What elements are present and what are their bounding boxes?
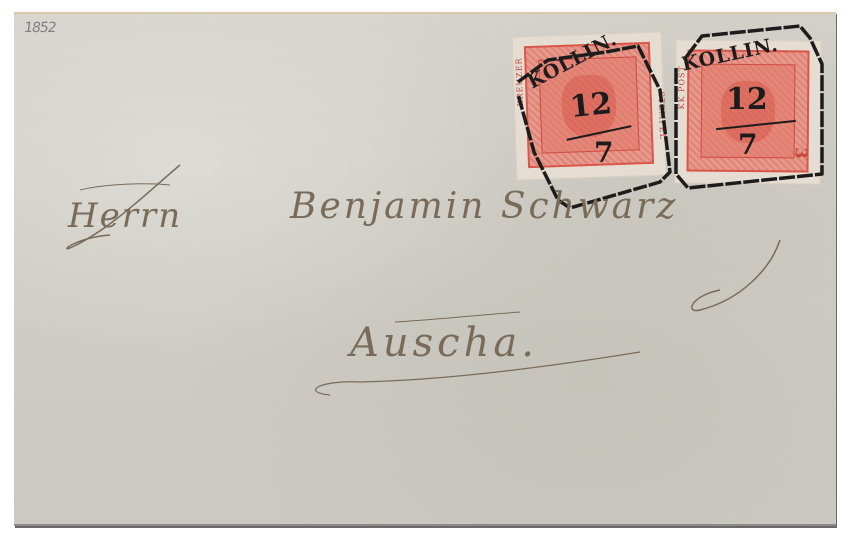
address-recipient: Benjamin Schwarz [290, 186, 678, 227]
address-salutation: Herrn [68, 196, 182, 236]
handwriting-flourishes [0, 0, 850, 543]
address-destination: Auscha. [350, 320, 538, 366]
